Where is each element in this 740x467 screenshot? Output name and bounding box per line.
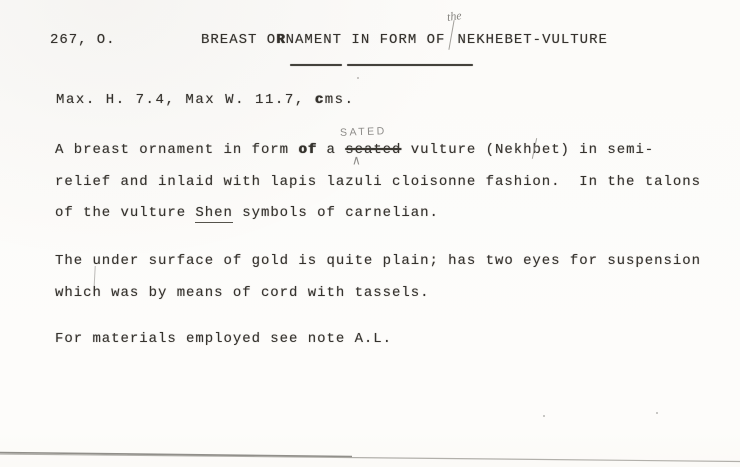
paper-speck	[543, 415, 545, 417]
card-edge-line	[0, 0, 740, 467]
index-card: 267, O. BREAST ORNAMENT IN FORM OFNEKHEB…	[0, 0, 740, 467]
paper-speck	[357, 77, 359, 79]
paper-speck	[656, 412, 658, 414]
